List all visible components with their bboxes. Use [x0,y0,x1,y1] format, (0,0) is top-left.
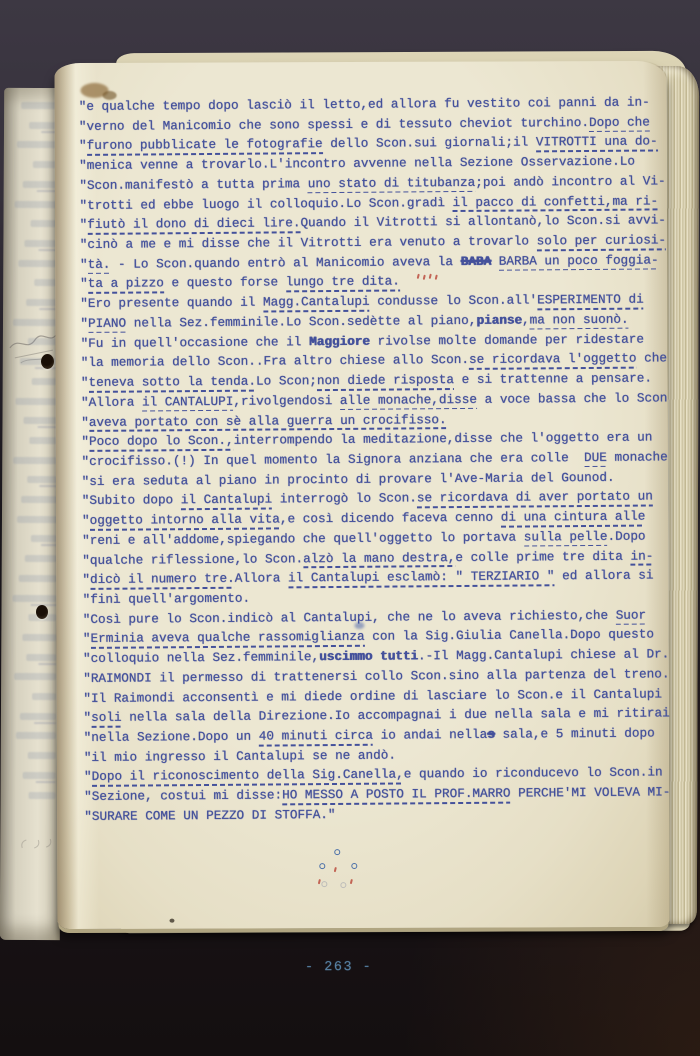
underlined-phrase: ta a pizzo [88,276,164,294]
typed-text: "verno del Manicomio che sono spessi e d… [79,115,589,134]
underlined-phrase: Dopo il riconoscimento della Sig.Canella… [92,767,404,787]
ghost-text-row [17,141,59,148]
ornament-dot [319,863,325,869]
typed-text: "Allora [81,394,142,409]
typed-text: "qualche riflessione,lo Scon. [82,551,303,568]
typed-text: "Ero presente quando il [80,295,263,311]
ghost-text-row [18,260,58,267]
ornament-red-mark [350,879,353,884]
underlined-phrase: il pacco di confetti,ma ri- [452,193,658,212]
typed-text: e questo forse [164,275,286,291]
typed-line: "Sezione, costui mi disse:HO MESSO A POS… [84,783,670,808]
binding-hole [41,354,54,369]
typed-text: e colle prime tre dita [455,548,630,564]
ghost-text-row [16,732,56,739]
ghost-text-row [28,338,58,345]
ghost-text-row [20,713,56,720]
typed-text: "Fu in quell'occasione che il [80,334,309,351]
ornament-red-mark [334,867,337,872]
ghost-text-row [19,575,57,582]
underlined-phrase: Magg.Cantalupi [263,294,370,312]
ghost-text-row [25,555,57,562]
underlined-phrase: il CANTALUPI [142,394,234,412]
underlined-phrase: Poco dopo lo Scon., [89,433,234,452]
document-page: "e qualche tempo dopo lasciò il letto,ed… [54,61,669,929]
typed-text: ,e così dicendo faceva cenno [280,510,501,527]
underlined-phrase: Suor [616,607,647,625]
typed-text: " [80,316,88,331]
ghost-text-row [29,791,56,798]
paper-stain [103,91,117,100]
underlined-phrase: Erminia aveva qualche rassomiglianza [90,629,364,649]
typed-text: interrompendo la meditazione,disse che l… [234,430,653,448]
underlined-phrase: il Cantalupi esclamò: " TERZIARIO " [288,569,555,589]
underlined-phrase: Dopo che [589,114,650,132]
typed-text: "il mio ingresso il Cantalupi se ne andò… [84,747,396,764]
ghost-text-row [32,693,56,700]
typed-text-block: "e qualche tempo dopo lasciò il letto,ed… [79,92,673,841]
typed-text: "crocifisso.(!) In quel momento la Signo… [81,450,584,469]
underlined-phrase: fiutò il dono di dieci lire. [87,216,300,235]
typed-text: monache [607,449,668,464]
typed-text: "nella Sezione.Dopo un [84,729,259,745]
underlined-phrase: teneva sotto la tenda. [88,374,256,393]
ghost-text-row [13,319,58,326]
ghost-text-row [24,240,58,247]
typed-text: "cinò a me e mi disse che il Vitrotti er… [80,233,537,252]
binding-hole [36,605,48,619]
typed-text: uscimmo tutti [319,648,418,664]
typed-text: .-Il Magg.Cantalupi chiese al Dr. [418,647,669,664]
typed-text: "RAIMONDI il permesso di trattenersi col… [83,666,669,686]
underlined-phrase: BARBA un poco foggia- [499,252,659,271]
ornament-dot-faint [340,882,346,888]
ghost-text-row [28,752,56,759]
typed-text: io andai nella [373,727,487,743]
ghost-underline-row [38,663,56,665]
typed-text: pianse [476,312,522,327]
typed-text: " [79,138,87,153]
underlined-phrase: uno stato di titubanza [308,175,476,194]
typed-text: PERCHE'MI VOLEVA MI- [510,785,670,801]
typed-text: " [81,375,89,390]
underlined-phrase: lungo tre dita. [286,274,400,292]
typed-line: "nella Sezione.Dopo un 40 minuti circa i… [84,724,655,748]
ghost-text-row [23,417,57,424]
ghost-text-row [26,299,58,306]
underlined-phrase: non diede risposta [317,372,454,391]
underlined-phrase: soli [91,710,122,728]
typed-text: "finì quell'argomento. [82,591,250,607]
underlined-phrase: ESPERIMENTO di [537,292,644,310]
typed-text: rivolse molte domande per ridestare [370,331,644,348]
page-number: - 263 - [291,960,387,975]
typed-text: .Dopo [607,528,645,543]
typed-text: " [81,414,89,429]
typed-text: Quando il Vitrotti si allontanò,lo Scon.… [300,213,666,231]
underlined-phrase: oggetto intorno alla vita [90,512,280,531]
typed-text: "Il Raimondi acconsentì e mi diede ordin… [83,686,662,706]
ghost-text-row [22,634,56,641]
typed-text: "menica venne a trovarlo.L'incontro avve… [79,154,635,173]
typed-text: "Scon.manifestò a tutta prima [79,176,308,193]
underlined-phrase: dicò il numero tre. [90,571,235,590]
ghost-text-row [17,516,57,523]
ghost-text-row [21,102,59,109]
ghost-text-row [23,772,56,779]
ghost-text-row [29,437,57,444]
typed-text: " [83,710,91,725]
underlined-phrase: solo per curiosi- [537,232,667,251]
typed-text: con la Sig.Giulia Canella.Dopo questo [365,627,654,644]
typed-text: " [84,769,92,784]
underlined-phrase: il Cantalupi [181,492,273,510]
typed-text: "si era seduta al piano in procinto di p… [82,469,615,488]
typed-text: Lo Scon; [256,373,317,388]
underlined-phrase: DUE [584,450,607,468]
typed-text: ;poi andò incontro al Vi- [475,173,665,189]
ink-blot [354,622,364,629]
ornament-dot [334,849,340,855]
typed-line: "dicò il numero tre.Allora il Cantalupi … [82,566,653,590]
typed-text: "reni e all'addome,spiegando che quell'o… [82,529,524,547]
typed-text: sala,e 5 minuti dopo [495,726,655,742]
ghost-text-row [13,594,57,601]
pencil-mark-bottom [18,836,58,852]
ghost-text-row [16,397,58,404]
typed-text: Allora [235,571,288,586]
ghost-text-row [32,378,58,385]
underlined-phrase: in- [630,548,653,566]
paper-speck [169,919,174,923]
typed-line: "tà. - Lo Scon.quando entrò al Manicomio… [80,250,659,275]
ghost-underline-row [36,781,56,783]
struck-word: BABA [461,254,492,269]
underlined-phrase: PIANO [88,316,126,334]
ghost-underline-row [34,722,56,724]
underlined-phrase: se ricordava l'oggetto [469,351,637,370]
typed-text: Maggiore [309,333,370,348]
typed-text: "SURARE COME UN PEZZO DI STOFFA." [84,807,335,824]
underlined-phrase: alle monache,disse [340,392,477,411]
underlined-phrase: HO MESSO A POSTO IL PROF.MARRO [282,786,511,805]
typed-text: interrogò lo Scon. [272,491,417,507]
underlined-phrase: furono pubblicate le fotografie [87,137,323,156]
typed-text: " [80,276,88,291]
typed-text: e quando io riconducevo lo Scon.in [404,765,663,782]
typed-text: "Subito dopo [82,493,181,509]
typed-text: "colloquio nella Sez.femminile, [83,649,319,666]
underlined-phrase: 40 minuti circa [259,728,373,746]
ghost-text-row [21,496,57,503]
typed-text: "la memoria dello Scon..Fra altro chiese… [81,352,469,370]
underlined-phrase: sulla pelle [524,529,608,547]
typed-text: " [82,572,90,587]
typed-text [491,253,499,268]
typed-text: e si trattenne a pensare. [454,371,652,388]
typed-text: "Così pure lo Scon.indicò al Cantalupi, … [83,608,616,627]
ghost-underline-row [37,426,57,428]
typed-text: ,rivolgendosi [233,393,340,409]
ghost-text-row [14,673,56,680]
ghost-underline-row [39,485,57,487]
typed-text: "Sezione, costui mi disse: [84,788,282,805]
ghost-text-row [23,181,59,188]
typed-text: a voce bassa che lo Scon [477,390,667,406]
typed-line: "finì quell'argomento. [82,589,250,610]
typed-text: " [80,217,88,232]
ghost-text-row [31,535,57,542]
ornament-dot-faint [321,881,327,887]
typed-line: "Allora il CANTALUPI,rivolgendosi alle m… [81,388,667,413]
underlined-phrase: ma non suonò. [530,312,629,330]
typed-text: nella Sez.femminile.Lo Scon.sedètte al p… [126,313,476,331]
typed-text: " [82,513,90,528]
typed-text: condusse lo Scon.all' [369,293,537,309]
typed-text: "trotti ed ebbe luogo il colloquio.Lo Sc… [79,195,452,213]
typed-text: dello Scon.sui giornali;il [323,135,536,152]
ghost-text-row [13,456,57,463]
underlined-phrase: di una cintura alle [501,509,646,528]
ghost-text-row [27,476,57,483]
typed-text: - Lo Scon.quando entrò al Manicomio avev… [110,254,460,272]
underlined-phrase: VITROTTI una do- [536,134,658,152]
ghost-text-row [15,200,59,207]
underlined-phrase: se ricordava di aver portato un [417,489,653,508]
ornament-dot [351,863,357,869]
ghost-underline-row [41,544,57,546]
typed-text: che [636,351,667,366]
photo-background: "e qualche tempo dopo lasciò il letto,ed… [0,0,700,1056]
typed-text: " [80,257,88,272]
underlined-phrase: alzò la mano destra, [303,550,455,569]
typed-text: nella sala della Direzione.Io accompagna… [122,706,670,725]
typed-text: ed allora si [554,568,653,584]
underlined-phrase: tà. [87,256,110,274]
typed-text: " [81,434,89,449]
typed-text: "e qualche tempo dopo lasciò il letto,ed… [79,95,650,114]
typed-text: " [83,631,91,646]
typed-line: "SURARE COME UN PEZZO DI STOFFA." [84,805,335,827]
ghost-text-row [26,654,56,661]
